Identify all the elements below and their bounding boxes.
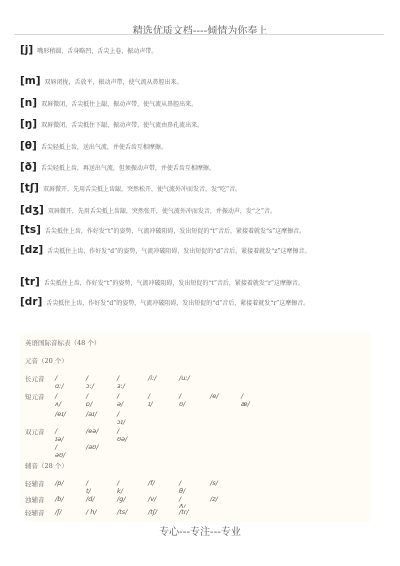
phoneme-cell: /e/: [210, 392, 218, 400]
row-label: 长元音: [25, 374, 55, 383]
phoneme-symbol: [ŋ]: [20, 118, 37, 130]
phoneme-entry: [j]嘴形稍圆，舌身略凹，舌尖上卷，振动声带。: [20, 44, 157, 56]
phoneme-cell: /iː/: [148, 374, 156, 382]
phoneme-symbol: [m]: [20, 75, 41, 87]
phoneme-cell: /tʃ/: [148, 508, 157, 516]
phoneme-cell: /ə/: [117, 392, 123, 408]
table-title: 英语国际音标表（48 个）: [25, 338, 100, 347]
phoneme-cell: /s/: [210, 479, 218, 487]
phoneme-cell: /f/: [148, 479, 155, 487]
phoneme-symbol: [θ]: [20, 140, 37, 152]
phoneme-cell: /b/: [55, 495, 64, 503]
phoneme-symbol: [tʃ]: [20, 182, 39, 194]
phoneme-symbol: [j]: [20, 44, 33, 56]
phoneme-description: 舌尖抵住上齿，作好发“t”的姿势，气流冲破阻碍，发出短促的“t”音后，紧接着就发…: [45, 226, 305, 235]
header-divider: [14, 34, 384, 35]
phoneme-entry: [ð]舌尖轻抵上齿，再送出气流，但须振动声带，并使舌齿互相摩擦。: [20, 161, 215, 173]
phoneme-cell: /g/: [117, 495, 126, 503]
phoneme-cell: /ɪ/: [148, 392, 153, 408]
phoneme-symbol: [dr]: [20, 296, 42, 308]
consonants-heading: 辅音（28 个）: [25, 461, 68, 470]
phoneme-entry: [dr]舌尖抵住上齿，作好发“d”的姿势，气流冲破阻碍，发出短促的“d”音后，紧…: [20, 296, 309, 308]
phoneme-cell: / ʌ/: [55, 392, 61, 408]
phoneme-cell: /ɪə/: [55, 427, 64, 443]
phoneme-cell: /eə/: [86, 427, 98, 435]
phoneme-cell: /ɔː/: [86, 374, 94, 390]
phoneme-cell: /ɑː/: [55, 374, 64, 390]
phoneme-symbol: [dʒ]: [20, 204, 44, 216]
phoneme-description: 嘴形稍圆，舌身略凹，舌尖上卷，振动声带。: [37, 46, 157, 55]
phoneme-entry: [θ]舌尖轻抵上齿，送出气流，并使舌齿互相摩擦。: [20, 140, 167, 152]
row-label: 浊辅音: [25, 495, 55, 504]
phoneme-cell: /eɪ/: [55, 410, 66, 418]
phoneme-entry: [m]双唇闭拢，舌放平，振动声带，使气流从鼻腔出来。: [20, 75, 183, 87]
row-label: 轻辅音: [25, 508, 55, 517]
phoneme-cell: / ɜː/: [117, 374, 125, 390]
phoneme-symbol: [dz]: [20, 244, 43, 256]
phoneme-cell: /tr/: [179, 508, 189, 516]
phoneme-entry: [ts]舌尖抵住上齿，作好发“t”的姿势，气流冲破阻碍，发出短促的“t”音后，紧…: [20, 224, 305, 236]
phoneme-cell: /v/: [148, 495, 156, 503]
phoneme-description: 双唇微开，先用舌尖抵上齿龈，突然松开，使气流外冲而发音，发“吃”音。: [43, 184, 241, 193]
phoneme-description: 舌尖轻抵上齿，再送出气流，但须振动声带，并使舌齿互相摩擦。: [41, 163, 215, 172]
phoneme-cell: /θ/: [179, 479, 185, 495]
phoneme-entry: [ŋ]双唇微闭，舌尖抵住下龈，振动声带，使气流由鼻孔流出来。: [20, 118, 203, 130]
phoneme-cell: / k/: [117, 479, 123, 495]
phoneme-description: 双唇微闭，舌尖抵住上龈，振动声带，使气流从鼻腔出来。: [41, 99, 197, 108]
phoneme-cell: /z/: [210, 495, 218, 503]
phoneme-entry: [dz]舌尖抵住上齿，作好发“d”的姿势，气流冲破阻碍，发出短促的“d”音后，紧…: [20, 244, 310, 256]
vowels-heading: 元音（20 个）: [25, 356, 68, 365]
phoneme-cell: /ʊ/: [179, 392, 185, 408]
page-footer: 专心---专注---专业: [0, 523, 400, 538]
phoneme-description: 舌尖抵住上齿，作好发“d”的姿势，气流冲破阻碍，发出短促的“d”音后，紧接着就发…: [47, 246, 310, 255]
phoneme-cell: /æ/: [241, 392, 250, 408]
phoneme-cell: /ʃ/: [55, 508, 62, 516]
phoneme-cell: /ʊə/: [117, 427, 127, 443]
phoneme-entry: [n]双唇微闭，舌尖抵住上龈，振动声带，使气流从鼻腔出来。: [20, 97, 197, 109]
phoneme-description: 舌尖轻抵上齿，送出气流，并使舌齿互相摩擦。: [41, 142, 167, 151]
phoneme-symbol: [ð]: [20, 161, 37, 173]
phoneme-symbol: [tr]: [20, 276, 40, 288]
phoneme-description: 双唇微开，先用舌尖抵上齿龈，突然张开，使气流外冲而发音，并振动声，发“之”音。: [48, 206, 276, 215]
phoneme-cell: /ts/: [117, 508, 127, 516]
phoneme-description: 双唇闭拢，舌放平，振动声带，使气流从鼻腔出来。: [45, 77, 183, 86]
phoneme-entry: [tr]舌尖抵住上齿，作好发“t”的姿势，气流冲破阻碍，发出短促的“t”音后，紧…: [20, 276, 304, 288]
phoneme-cell: /ɒ/: [86, 392, 92, 408]
phoneme-cell: /aɪ/: [86, 410, 97, 418]
phonetic-table: 英语国际音标表（48 个） 元音（20 个） 长元音 /ɑː/ /ɔː/ / ɜ…: [20, 333, 370, 508]
phoneme-symbol: [n]: [20, 97, 37, 109]
phoneme-cell: / h/: [86, 508, 97, 516]
phoneme-cell: /p/: [55, 479, 64, 487]
phoneme-cell: /d/: [86, 495, 95, 503]
row-label: 短元音: [25, 392, 55, 401]
table-row: 轻辅音 /ʃ/ / h/ /ts/ /tʃ/ /tr/: [25, 508, 370, 522]
phoneme-description: 舌尖抵住上齿，作好发“d”的姿势，气流冲破阻碍，发出短促的“d”音后，紧接着就发…: [46, 298, 309, 307]
phoneme-cell: /aʊ/: [86, 443, 98, 451]
phoneme-description: 双唇微闭，舌尖抵住下龈，振动声带，使气流由鼻孔流出来。: [41, 120, 203, 129]
phoneme-entry: [dʒ]双唇微开，先用舌尖抵上齿龈，突然张开，使气流外冲而发音，并振动声，发“之…: [20, 204, 276, 216]
phoneme-cell: /uː/: [179, 374, 190, 382]
row-label: 双元音: [25, 427, 55, 436]
phoneme-cell: /ɔɪ/: [117, 410, 125, 426]
row-label: 轻辅音: [25, 479, 55, 488]
phoneme-description: 舌尖抵住上齿，作好发“t”的姿势，气流冲破阻碍，发出短促的“t”音后，紧接着就发…: [44, 278, 304, 287]
phoneme-cell: /əʊ/: [55, 443, 65, 459]
phoneme-entry: [tʃ]双唇微开，先用舌尖抵上齿龈，突然松开，使气流外冲而发音，发“吃”音。: [20, 182, 241, 194]
phoneme-cell: / t/: [86, 479, 91, 495]
phoneme-symbol: [ts]: [20, 224, 41, 236]
